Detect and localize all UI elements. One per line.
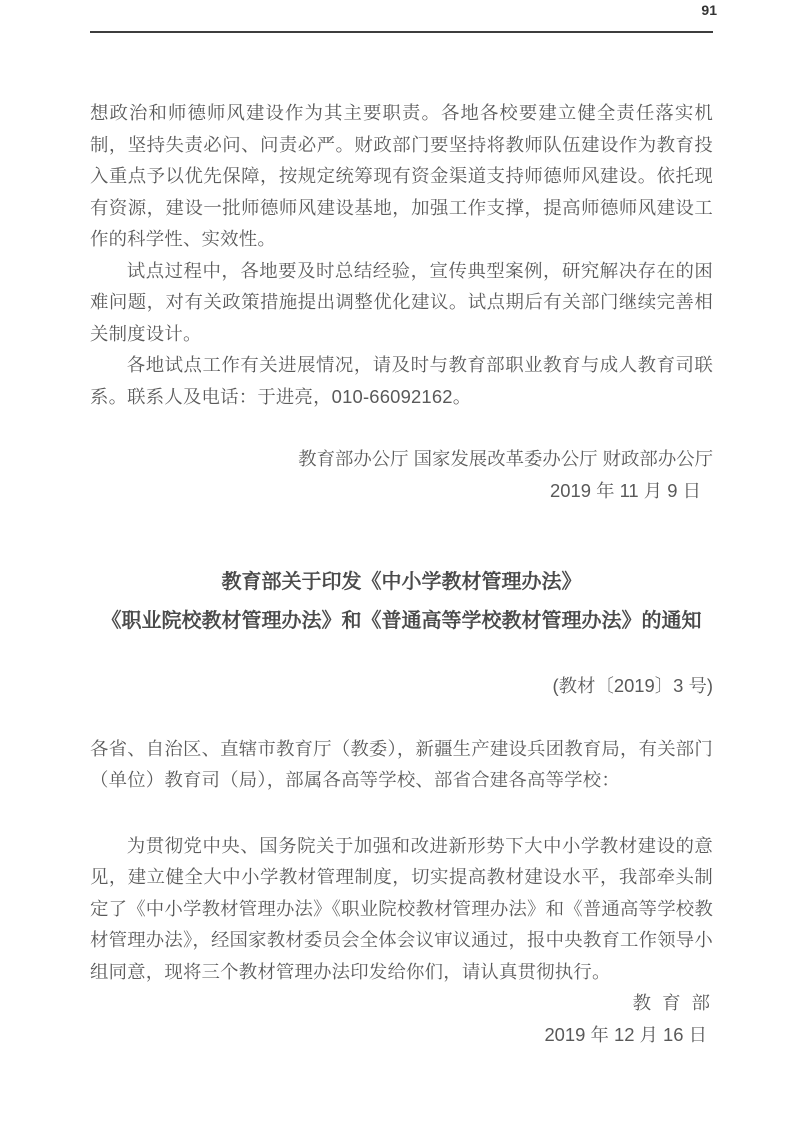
notice-title-line1: 教育部关于印发《中小学教材管理办法》 <box>90 563 713 602</box>
notice-title-line2: 《职业院校教材管理办法》和《普通高等学校教材管理办法》的通知 <box>90 602 713 641</box>
document-page: 91 想政治和师德师风建设作为其主要职责。各地各校要建立健全责任落实机制，坚持失… <box>0 0 793 1122</box>
page-content: 想政治和师德师风建设作为其主要职责。各地各校要建立健全责任落实机制，坚持失责必问… <box>90 31 713 1050</box>
header-rule <box>90 31 713 33</box>
salutation: 各省、自治区、直辖市教育厅（教委），新疆生产建设兵团教育局，有关部门（单位）教育… <box>90 733 713 796</box>
paragraph-continuation: 想政治和师德师风建设作为其主要职责。各地各校要建立健全责任落实机制，坚持失责必问… <box>90 97 713 255</box>
signature-agencies: 教育部办公厅 国家发展改革委办公厅 财政部办公厅 <box>90 443 713 475</box>
paragraph: 各地试点工作有关进展情况，请及时与教育部职业教育与成人教育司联系。联系人及电话：… <box>90 349 713 412</box>
document-number: (教材〔2019〕3 号) <box>90 670 713 702</box>
signature-date: 2019 年 12 月 16 日 <box>90 1019 713 1051</box>
paragraph: 试点过程中，各地要及时总结经验，宣传典型案例，研究解决存在的困难问题，对有关政策… <box>90 255 713 350</box>
signature-agency: 教 育 部 <box>90 987 713 1019</box>
paragraph-body: 为贯彻党中央、国务院关于加强和改进新形势下大中小学教材建设的意见，建立健全大中小… <box>90 830 713 988</box>
page-number: 91 <box>701 2 717 18</box>
signature-date: 2019 年 11 月 9 日 <box>90 475 713 507</box>
notice-title: 教育部关于印发《中小学教材管理办法》 《职业院校教材管理办法》和《普通高等学校教… <box>90 563 713 641</box>
